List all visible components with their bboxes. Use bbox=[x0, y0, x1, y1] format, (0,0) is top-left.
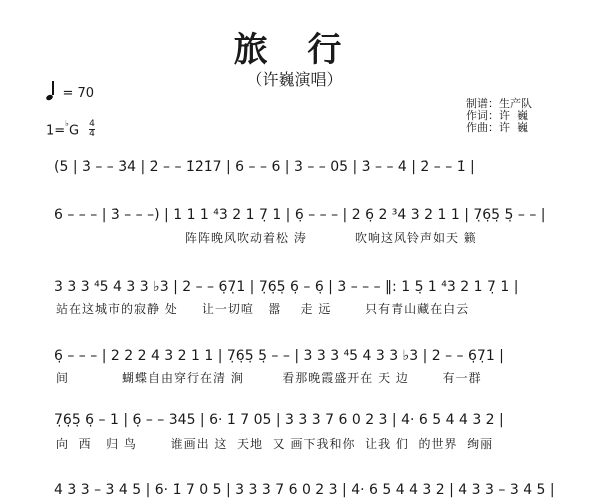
note-stem bbox=[52, 81, 54, 95]
tempo-value: = 70 bbox=[63, 86, 95, 101]
song-title: 旅 行 bbox=[0, 30, 589, 70]
notation-line-2: 6 – – – | 3̇ – – –) | 1 1 1 ⁴3 2 1 7̣ 1 … bbox=[54, 205, 546, 225]
credit-composer: 作曲：许 巍 bbox=[466, 122, 532, 134]
key-note: G bbox=[69, 123, 79, 138]
key-signature: 1=♭G 4 4 bbox=[46, 118, 95, 140]
lyrics-line-3: 站在这城市的寂静 处 让一切喧 嚣 走 远 只有青山藏在白云 bbox=[56, 301, 469, 317]
notation-line-4: 6̣ – – – | 2 2 2 4 3 2 1 1 | 7̣6̣5̣ 5̣ –… bbox=[54, 346, 504, 366]
flat-icon: ♭ bbox=[65, 119, 69, 128]
lyrics-line-5: 向 西 归 鸟 谁画出 这 天地 又 画下我和你 让我 们 的世界 绚丽 bbox=[56, 436, 493, 452]
notation-line-6: 4 3 3 – 3 4 5 | 6· 1̇ 7 0 5 | 3 3 3 7 6 … bbox=[54, 480, 555, 500]
lyrics-line-4: 间 蝴蝶自由穿行在清 涧 看那晚霞盛开在 天 边 有一群 bbox=[56, 370, 482, 386]
notation-line-3: 3 3 3 ⁴5 4 3 3 ♭3 | 2 – – 6̣7̣1 | 7̣6̣5̣… bbox=[54, 277, 518, 297]
tempo-marking: = 70 bbox=[46, 83, 94, 103]
time-sig-denominator: 4 bbox=[89, 130, 95, 139]
key-prefix: 1= bbox=[46, 123, 65, 138]
notation-line-5: 7̣6̣5̣ 6̣ – 1 | 6̣ – – 345 | 6· 1̇ 7 05 … bbox=[54, 410, 504, 430]
notation-line-1: (5 | 3̇ – – 3̇4̇ | 2̇ – – 1̇2̇1̇7 | 6 – … bbox=[54, 157, 475, 177]
time-signature: 4 4 bbox=[89, 120, 95, 139]
credits: 制谱：生产队 作词：许 巍 作曲：许 巍 bbox=[466, 98, 532, 134]
lyrics-line-2: 阵阵晚风吹动着松 涛 吹响这风铃声如天 籁 bbox=[185, 230, 477, 246]
